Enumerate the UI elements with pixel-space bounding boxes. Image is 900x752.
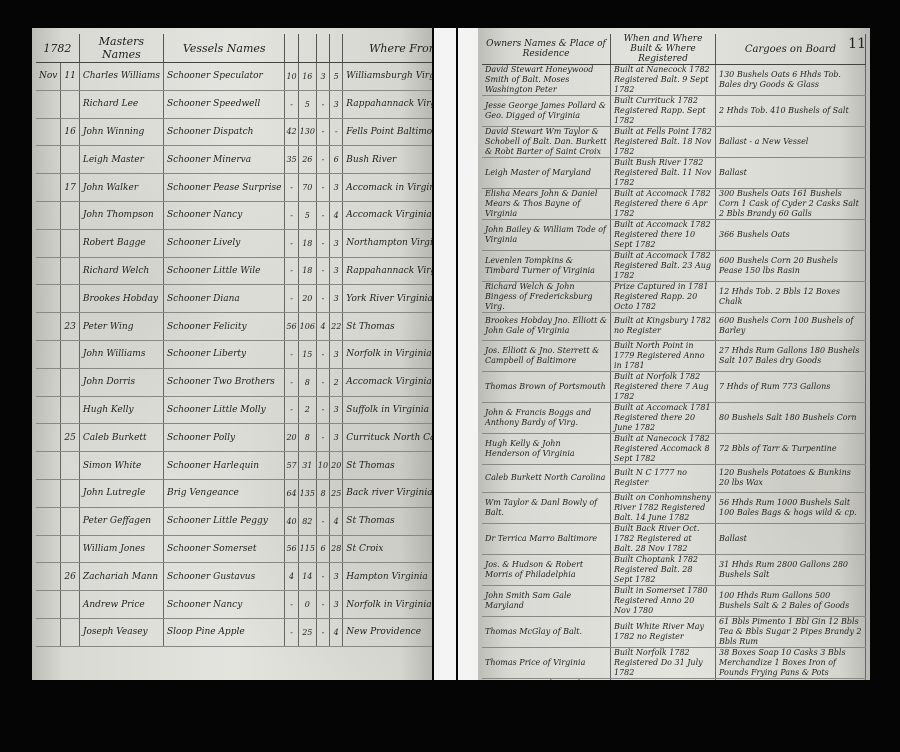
master-cell: John Dorris: [79, 368, 163, 396]
num4-cell: 5: [330, 63, 343, 91]
masters-names-header: Masters Names: [79, 34, 163, 63]
table-row: Robert BaggeSchooner Lively-18-3Northamp…: [36, 229, 432, 257]
from-cell: St Thomas: [343, 507, 432, 535]
day-cell: [61, 452, 79, 480]
month-cell: [36, 591, 61, 619]
num3-cell: -: [316, 201, 329, 229]
master-cell: Peter Wing: [79, 313, 163, 341]
built-cell: Built at Accomack 1782 Registered there …: [611, 189, 716, 220]
num2-cell: 135: [298, 479, 316, 507]
built-cell: Built on Conhomnsheny River 1782 Registe…: [611, 492, 716, 523]
cargo-cell: Ballast: [716, 523, 866, 554]
num4-cell: 3: [330, 563, 343, 591]
built-cell: Built at Nanecock 1782 Registered Balt. …: [611, 65, 716, 96]
day-cell: [61, 257, 79, 285]
table-row: Peter GeffagenSchooner Little Peggy4082-…: [36, 507, 432, 535]
num2-cell: 0: [298, 591, 316, 619]
owners-cell: Hugh Kelly & John Henderson of Virginia: [482, 433, 611, 464]
month-cell: [36, 452, 61, 480]
month-cell: [36, 229, 61, 257]
num1-cell: -: [285, 285, 298, 313]
month-cell: [36, 90, 61, 118]
owners-cell: Thomas Brown of Portsmouth: [482, 371, 611, 402]
master-cell: John Williams: [79, 340, 163, 368]
table-row: 26Zachariah MannSchooner Gustavus414-3Ha…: [36, 563, 432, 591]
master-cell: Richard Lee: [79, 90, 163, 118]
num1-cell: -: [285, 396, 298, 424]
num1-cell: -: [285, 90, 298, 118]
owners-cell: Lot Davis Timothy Fitch Daniel Sargeant …: [482, 678, 611, 680]
num1-cell: -: [285, 618, 298, 646]
from-cell: Currituck North Carolina: [343, 424, 432, 452]
num1-cell: 64: [285, 479, 298, 507]
master-cell: Charles Williams: [79, 63, 163, 91]
num3-cell: -: [316, 229, 329, 257]
vessel-cell: Schooner Liberty: [164, 340, 285, 368]
num2-cell: 31: [298, 452, 316, 480]
month-cell: [36, 146, 61, 174]
built-cell: Built Currituck 1782 Registered Rapp. Se…: [611, 96, 716, 127]
owners-cell: John Smith Sam Gale Maryland: [482, 585, 611, 616]
num1-cell: -: [285, 229, 298, 257]
day-cell: [61, 90, 79, 118]
master-cell: Andrew Price: [79, 591, 163, 619]
num2-cell: 5: [298, 90, 316, 118]
cargoes-header: Cargoes on Board: [716, 34, 866, 65]
vessel-cell: Schooner Nancy: [164, 201, 285, 229]
from-cell: Suffolk in Virginia: [343, 396, 432, 424]
owners-cell: Caleb Burkett North Carolina: [482, 464, 611, 492]
month-cell: [36, 340, 61, 368]
day-cell: 23: [61, 313, 79, 341]
vessel-arrivals-table: 1782 Masters Names Vessels Names Where F…: [36, 34, 432, 647]
tons-header: [298, 34, 316, 63]
num1-cell: 42: [285, 118, 298, 146]
cargo-cell: 120 Bushels Potatoes & Bunkins 20 lbs Wa…: [716, 464, 866, 492]
table-row: Leigh MasterSchooner Minerva3526-6Bush R…: [36, 146, 432, 174]
num4-cell: 3: [330, 90, 343, 118]
day-cell: [61, 396, 79, 424]
table-row: 16John WinningSchooner Dispatch42130--Fe…: [36, 118, 432, 146]
num3-cell: -: [316, 396, 329, 424]
table-row: Brookes Hobday Jno. Elliott & John Gale …: [482, 313, 866, 341]
num4-cell: 3: [330, 424, 343, 452]
owners-cell: Wm Taylor & Danl Bowly of Balt.: [482, 492, 611, 523]
built-cell: Built Back River Oct. 1782 Registered at…: [611, 523, 716, 554]
cargo-cell: 348 Bushels Salt 380 lbs Allum 10 Boxes …: [716, 678, 866, 680]
vessel-cell: Schooner Little Peggy: [164, 507, 285, 535]
binding-gutter: [434, 28, 456, 680]
day-cell: 16: [61, 118, 79, 146]
num1-cell: 20: [285, 424, 298, 452]
day-cell: [61, 479, 79, 507]
month-cell: [36, 368, 61, 396]
built-cell: Built at Norfolk 1782 Registered there 7…: [611, 371, 716, 402]
num2-cell: 26: [298, 146, 316, 174]
num2-cell: 82: [298, 507, 316, 535]
built-cell: Built at Accomack 1782 Registered there …: [611, 220, 716, 251]
master-cell: Richard Welch: [79, 257, 163, 285]
cargo-cell: 2 Hhds Tob. 410 Bushels of Salt: [716, 96, 866, 127]
vessel-cell: Schooner Diana: [164, 285, 285, 313]
num1-cell: 56: [285, 313, 298, 341]
num3-cell: -: [316, 174, 329, 202]
built-cell: Built at Kingsbury 1782 no Register: [611, 313, 716, 341]
owners-cell: Elisha Mears John & Daniel Mears & Thos …: [482, 189, 611, 220]
from-cell: Rappahannack Virg.: [343, 257, 432, 285]
ledger-right-page: 11 Owners Names & Place of Residence Whe…: [478, 28, 870, 680]
built-cell: Built at Accomack 1782 Registered Balt. …: [611, 251, 716, 282]
owners-cell: Leigh Master of Maryland: [482, 158, 611, 189]
num1-cell: 57: [285, 452, 298, 480]
from-cell: St Thomas: [343, 313, 432, 341]
owners-cell: Jesse George James Pollard & Geo. Digged…: [482, 96, 611, 127]
cargo-cell: 38 Boxes Soap 10 Casks 3 Bbls Merchandiz…: [716, 647, 866, 678]
master-cell: Simon White: [79, 452, 163, 480]
owners-cell: Thomas Price of Virginia: [482, 647, 611, 678]
num3-cell: -: [316, 563, 329, 591]
num4-cell: 3: [330, 257, 343, 285]
day-cell: [61, 146, 79, 174]
vessel-cell: Schooner Dispatch: [164, 118, 285, 146]
num4-cell: 3: [330, 591, 343, 619]
owners-cell: Richard Welch & John Bingess of Frederic…: [482, 282, 611, 313]
num2-cell: 20: [298, 285, 316, 313]
from-cell: Accomack in Virginia: [343, 174, 432, 202]
built-cell: Built at Fells Point 1782 Registered Bal…: [611, 127, 716, 158]
from-cell: Accomack Virginia: [343, 201, 432, 229]
table-row: Jesse George James Pollard & Geo. Digged…: [482, 96, 866, 127]
num4-cell: 4: [330, 201, 343, 229]
owners-cell: Brookes Hobday Jno. Elliott & John Gale …: [482, 313, 611, 341]
month-cell: [36, 201, 61, 229]
num4-cell: 22: [330, 313, 343, 341]
master-cell: Brookes Hobday: [79, 285, 163, 313]
table-row: Wm Taylor & Danl Bowly of Balt.Built on …: [482, 492, 866, 523]
from-cell: Northampton Virginia: [343, 229, 432, 257]
cargo-cell: 56 Hhds Rum 1000 Bushels Salt 100 Bales …: [716, 492, 866, 523]
master-cell: Joseph Veasey: [79, 618, 163, 646]
table-row: John & Francis Boggs and Anthony Bardy o…: [482, 402, 866, 433]
num2-cell: 18: [298, 229, 316, 257]
vessel-cell: Sloop Pine Apple: [164, 618, 285, 646]
vessel-cell: Schooner Somerset: [164, 535, 285, 563]
where-from-header: Where From: [343, 34, 432, 63]
day-cell: [61, 535, 79, 563]
table-row: Richard WelchSchooner Little Wile-18-3Ra…: [36, 257, 432, 285]
day-cell: 17: [61, 174, 79, 202]
cargo-cell: 300 Bushels Oats 161 Bushels Corn 1 Cask…: [716, 189, 866, 220]
num1-cell: 10: [285, 63, 298, 91]
num1-cell: -: [285, 368, 298, 396]
binding-gutter: [458, 28, 480, 680]
cargo-cell: 27 Hhds Rum Gallons 180 Bushels Salt 107…: [716, 340, 866, 371]
num4-cell: 3: [330, 285, 343, 313]
day-cell: [61, 368, 79, 396]
num1-cell: 35: [285, 146, 298, 174]
built-registered-header: When and Where Built & Where Registered: [611, 34, 716, 65]
cargo-cell: Ballast: [716, 158, 866, 189]
day-cell: 25: [61, 424, 79, 452]
num3-cell: 4: [316, 313, 329, 341]
cargo-cell: 130 Bushels Oats 6 Hhds Tob. Bales dry G…: [716, 65, 866, 96]
cargo-cell: 80 Bushels Salt 180 Bushels Corn: [716, 402, 866, 433]
num1-cell: -: [285, 591, 298, 619]
table-row: Jos. & Hudson & Robert Morris of Philade…: [482, 554, 866, 585]
built-cell: Built Norfolk 1782 Registered Do 31 July…: [611, 647, 716, 678]
table-row: Leigh Master of MarylandBuilt Bush River…: [482, 158, 866, 189]
num3-cell: -: [316, 340, 329, 368]
table-row: David Stewart Honeywood Smith of Balt. M…: [482, 65, 866, 96]
num3-cell: -: [316, 424, 329, 452]
num3-cell: -: [316, 285, 329, 313]
cargo-cell: 61 Bbls Pimento 1 Bbl Gin 12 Bbls Tea & …: [716, 616, 866, 647]
table-row: Andrew PriceSchooner Nancy-0-3Norfolk in…: [36, 591, 432, 619]
table-row: David Stewart Wm Taylor & Schobell of Ba…: [482, 127, 866, 158]
built-cell: Built N C 1777 no Register: [611, 464, 716, 492]
master-cell: William Jones: [79, 535, 163, 563]
month-cell: [36, 118, 61, 146]
num2-cell: 15: [298, 340, 316, 368]
owners-cell: Levenlen Tompkins & Timbard Turner of Vi…: [482, 251, 611, 282]
num4-cell: 3: [330, 174, 343, 202]
table-row: 17John WalkerSchooner Pease Surprise-70-…: [36, 174, 432, 202]
ledger-left-page: 1782 Masters Names Vessels Names Where F…: [32, 28, 432, 680]
num2-cell: 8: [298, 368, 316, 396]
num2-cell: 70: [298, 174, 316, 202]
num2-cell: 25: [298, 618, 316, 646]
num3-cell: 8: [316, 479, 329, 507]
guns-header: [285, 34, 298, 63]
owners-cell: Jos. Elliott & Jno. Sterrett & Campbell …: [482, 340, 611, 371]
month-cell: Nov: [36, 63, 61, 91]
table-row: Joseph VeaseySloop Pine Apple-25-4New Pr…: [36, 618, 432, 646]
num1-cell: 40: [285, 507, 298, 535]
table-row: Nov11Charles WilliamsSchooner Speculator…: [36, 63, 432, 91]
table-row: Brookes HobdaySchooner Diana-20-3York Ri…: [36, 285, 432, 313]
num1-cell: -: [285, 201, 298, 229]
month-cell: [36, 174, 61, 202]
master-cell: Robert Bagge: [79, 229, 163, 257]
table-row: Thomas Brown of PortsmouthBuilt at Norfo…: [482, 371, 866, 402]
num4-cell: 4: [330, 507, 343, 535]
table-row: Hugh KellySchooner Little Molly-2-3Suffo…: [36, 396, 432, 424]
cargo-cell: 12 Hhds Tob. 2 Bbls 12 Boxes Chalk: [716, 282, 866, 313]
day-cell: [61, 618, 79, 646]
num3-cell: -: [316, 146, 329, 174]
num4-cell: 3: [330, 229, 343, 257]
table-row: 25Caleb BurkettSchooner Polly208-3Currit…: [36, 424, 432, 452]
table-row: Thomas Price of VirginiaBuilt Norfolk 17…: [482, 647, 866, 678]
num2-cell: 18: [298, 257, 316, 285]
num1-cell: 56: [285, 535, 298, 563]
vessel-cell: Schooner Little Molly: [164, 396, 285, 424]
vessel-cell: Schooner Felicity: [164, 313, 285, 341]
num4-cell: -: [330, 118, 343, 146]
cargo-cell: 600 Bushels Corn 100 Bushels of Barley: [716, 313, 866, 341]
from-cell: Rappahannack Virg.: [343, 90, 432, 118]
from-cell: Fells Point Baltimore: [343, 118, 432, 146]
day-cell: [61, 507, 79, 535]
num3-cell: 10: [316, 452, 329, 480]
table-row: Caleb Burkett North CarolinaBuilt N C 17…: [482, 464, 866, 492]
day-cell: 11: [61, 63, 79, 91]
table-row: Dr Terrica Marro BaltimoreBuilt Back Riv…: [482, 523, 866, 554]
num4-cell: 20: [330, 452, 343, 480]
num3-cell: -: [316, 507, 329, 535]
from-cell: Williamsburgh Virginia: [343, 63, 432, 91]
table-row: Levenlen Tompkins & Timbard Turner of Vi…: [482, 251, 866, 282]
num2-cell: 14: [298, 563, 316, 591]
vessel-cell: Schooner Lively: [164, 229, 285, 257]
num3-cell: -: [316, 591, 329, 619]
vessel-cell: Schooner Minerva: [164, 146, 285, 174]
cargo-cell: 72 Bbls of Tarr & Turpentine: [716, 433, 866, 464]
built-cell: Built Choptank 1782 Registered Balt. 28 …: [611, 554, 716, 585]
master-cell: John Winning: [79, 118, 163, 146]
cargo-cell: 31 Hhds Rum 2800 Gallons 280 Bushels Sal…: [716, 554, 866, 585]
month-cell: [36, 479, 61, 507]
built-cell: Built at Nanecock 1782 Registered Accoma…: [611, 433, 716, 464]
owners-cargo-table: Owners Names & Place of Residence When a…: [482, 34, 866, 680]
built-cell: Built North Point in 1779 Registered Ann…: [611, 340, 716, 371]
built-cell: Built Cortagnas N C 1781 Registered Bost…: [611, 678, 716, 680]
num1-cell: -: [285, 340, 298, 368]
num1-cell: 4: [285, 563, 298, 591]
built-cell: Built at Accomack 1781 Registered there …: [611, 402, 716, 433]
num3-cell: -: [316, 90, 329, 118]
day-cell: [61, 201, 79, 229]
day-cell: [61, 340, 79, 368]
num3-cell: -: [316, 368, 329, 396]
vessel-cell: Schooner Polly: [164, 424, 285, 452]
master-cell: Hugh Kelly: [79, 396, 163, 424]
num3-cell: -: [316, 118, 329, 146]
table-row: Richard LeeSchooner Speedwell-5-3Rappaha…: [36, 90, 432, 118]
built-cell: Built White River May 1782 no Register: [611, 616, 716, 647]
day-cell: 26: [61, 563, 79, 591]
month-cell: [36, 396, 61, 424]
table-row: Lot Davis Timothy Fitch Daniel Sargeant …: [482, 678, 866, 680]
vessel-cell: Schooner Harlequin: [164, 452, 285, 480]
owners-cell: Dr Terrica Marro Baltimore: [482, 523, 611, 554]
num4-cell: 25: [330, 479, 343, 507]
built-cell: Prize Captured in 1781 Registered Rapp. …: [611, 282, 716, 313]
owners-cell: Jos. & Hudson & Robert Morris of Philade…: [482, 554, 611, 585]
owners-cell: Thomas McGlay of Balt.: [482, 616, 611, 647]
month-cell: [36, 563, 61, 591]
day-cell: [61, 591, 79, 619]
table-row: Simon WhiteSchooner Harlequin57311020St …: [36, 452, 432, 480]
owners-cell: David Stewart Honeywood Smith of Balt. M…: [482, 65, 611, 96]
num2-cell: 5: [298, 201, 316, 229]
vessels-names-header: Vessels Names: [164, 34, 285, 63]
from-cell: Norfolk in Virginia: [343, 340, 432, 368]
num2-cell: 115: [298, 535, 316, 563]
num3-cell: -: [316, 618, 329, 646]
num4-cell: 3: [330, 340, 343, 368]
cargo-cell: 100 Hhds Rum Gallons 500 Bushels Salt & …: [716, 585, 866, 616]
from-cell: Hampton Virginia: [343, 563, 432, 591]
owners-header: Owners Names & Place of Residence: [482, 34, 611, 65]
from-cell: Accomack Virginia: [343, 368, 432, 396]
num1-cell: -: [285, 257, 298, 285]
table-row: Jos. Elliott & Jno. Sterrett & Campbell …: [482, 340, 866, 371]
table-row: Richard Welch & John Bingess of Frederic…: [482, 282, 866, 313]
num4-cell: 4: [330, 618, 343, 646]
master-cell: Leigh Master: [79, 146, 163, 174]
owners-cell: David Stewart Wm Taylor & Schobell of Ba…: [482, 127, 611, 158]
day-cell: [61, 285, 79, 313]
master-cell: Zachariah Mann: [79, 563, 163, 591]
vessel-cell: Schooner Pease Surprise: [164, 174, 285, 202]
table-row: John DorrisSchooner Two Brothers-8-2Acco…: [36, 368, 432, 396]
cargo-cell: 366 Bushels Oats: [716, 220, 866, 251]
num2-cell: 8: [298, 424, 316, 452]
table-row: John Bailey & William Tode of VirginiaBu…: [482, 220, 866, 251]
built-cell: Built Bush River 1782 Registered Balt. 1…: [611, 158, 716, 189]
from-cell: Norfolk in Virginia: [343, 591, 432, 619]
month-cell: [36, 313, 61, 341]
table-row: John ThompsonSchooner Nancy-5-4Accomack …: [36, 201, 432, 229]
num3-cell: 6: [316, 535, 329, 563]
num2-cell: 106: [298, 313, 316, 341]
cargo-cell: 7 Hhds of Rum 773 Gallons: [716, 371, 866, 402]
col3-header: [316, 34, 329, 63]
num4-cell: 6: [330, 146, 343, 174]
master-cell: John Lutregle: [79, 479, 163, 507]
month-cell: [36, 507, 61, 535]
master-cell: John Thompson: [79, 201, 163, 229]
table-row: William JonesSchooner Somerset56115628St…: [36, 535, 432, 563]
table-row: Elisha Mears John & Daniel Mears & Thos …: [482, 189, 866, 220]
month-cell: [36, 285, 61, 313]
men-header: [330, 34, 343, 63]
vessel-cell: Schooner Nancy: [164, 591, 285, 619]
num4-cell: 2: [330, 368, 343, 396]
vessel-cell: Brig Vengeance: [164, 479, 285, 507]
built-cell: Built in Somerset 1780 Registered Anno 2…: [611, 585, 716, 616]
vessel-cell: Schooner Speculator: [164, 63, 285, 91]
cargo-cell: 600 Bushels Corn 20 Bushels Pease 150 lb…: [716, 251, 866, 282]
table-row: John Smith Sam Gale MarylandBuilt in Som…: [482, 585, 866, 616]
table-row: Hugh Kelly & John Henderson of VirginiaB…: [482, 433, 866, 464]
owners-cell: John Bailey & William Tode of Virginia: [482, 220, 611, 251]
month-cell: [36, 535, 61, 563]
from-cell: New Providence: [343, 618, 432, 646]
vessel-cell: Schooner Little Wile: [164, 257, 285, 285]
month-cell: [36, 257, 61, 285]
master-cell: Peter Geffagen: [79, 507, 163, 535]
num1-cell: -: [285, 174, 298, 202]
master-cell: John Walker: [79, 174, 163, 202]
from-cell: Back river Virginia: [343, 479, 432, 507]
from-cell: Bush River: [343, 146, 432, 174]
cargo-cell: Ballast - a New Vessel: [716, 127, 866, 158]
num2-cell: 2: [298, 396, 316, 424]
table-row: John LutregleBrig Vengeance64135825Back …: [36, 479, 432, 507]
master-cell: Caleb Burkett: [79, 424, 163, 452]
day-cell: [61, 229, 79, 257]
num4-cell: 28: [330, 535, 343, 563]
vessel-cell: Schooner Speedwell: [164, 90, 285, 118]
num4-cell: 3: [330, 396, 343, 424]
month-cell: [36, 424, 61, 452]
year-header: 1782: [36, 34, 79, 63]
owners-cell: John & Francis Boggs and Anthony Bardy o…: [482, 402, 611, 433]
from-cell: York River Virginia: [343, 285, 432, 313]
vessel-cell: Schooner Gustavus: [164, 563, 285, 591]
